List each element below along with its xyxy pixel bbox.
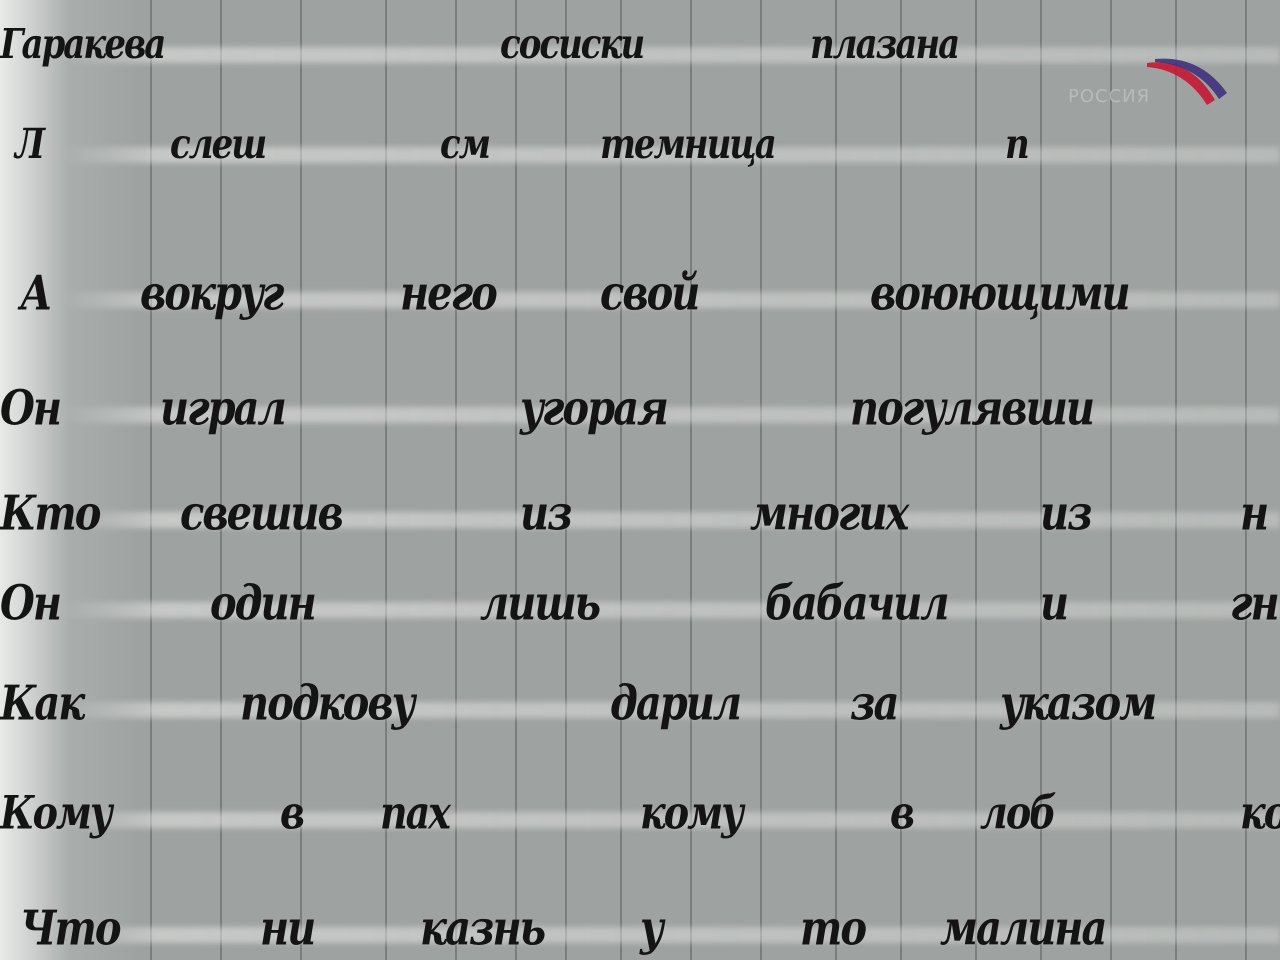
manuscript-line: Гаракевасосискиплазана	[0, 25, 1280, 85]
manuscript-line: Онодинлишьбабачилигн	[0, 580, 1280, 640]
manuscript-line: Какподковударилзауказом	[0, 680, 1280, 740]
handwritten-word: воюющими	[870, 265, 1129, 321]
handwritten-word: Как	[0, 675, 83, 731]
handwritten-word: см	[440, 121, 489, 169]
handwritten-word: ни	[260, 900, 314, 956]
handwritten-word: лоб	[980, 786, 1055, 840]
handwritten-word: гн	[1230, 575, 1278, 631]
broadcaster-logo-text: РОССИЯ	[1068, 86, 1150, 107]
handwritten-word: и	[1040, 575, 1067, 631]
handwritten-word: п	[1005, 121, 1028, 169]
handwritten-word: пах	[380, 786, 449, 840]
handwritten-word: один	[210, 575, 315, 631]
handwritten-word: то	[800, 900, 865, 956]
handwritten-word: в	[280, 786, 303, 840]
manuscript-line: Лслешсмтемницап	[0, 125, 1280, 185]
handwritten-word: указом	[1000, 675, 1155, 731]
manuscript-line: Комувпахкомувлобкому	[0, 790, 1280, 850]
handwritten-word: сосиски	[500, 21, 643, 69]
handwritten-word: у	[640, 900, 662, 956]
handwritten-word: угорая	[520, 380, 667, 436]
handwritten-word: свой	[600, 265, 698, 321]
handwritten-word: казнь	[420, 900, 544, 956]
handwritten-word: него	[400, 265, 496, 321]
handwritten-word: н	[1240, 485, 1267, 541]
handwritten-word: играл	[160, 380, 285, 436]
manuscript-line: Ктосвешивизмногихизн	[0, 490, 1280, 550]
russia-tv-swoosh-icon	[1145, 55, 1235, 110]
handwritten-word: в	[890, 786, 913, 840]
handwritten-word: вокруг	[140, 265, 282, 321]
handwritten-word: свешив	[180, 485, 342, 541]
handwritten-word: из	[1040, 485, 1091, 541]
manuscript-line: Онигралугораяпогулявши	[0, 385, 1280, 445]
handwritten-word: Кто	[0, 485, 99, 541]
handwritten-word: плазана	[810, 21, 958, 69]
handwritten-word: подкову	[240, 675, 414, 731]
handwritten-word: погулявши	[850, 380, 1093, 436]
handwritten-word: бабачил	[765, 575, 948, 631]
handwritten-word: из	[520, 485, 571, 541]
handwritten-word: Он	[0, 380, 60, 436]
handwritten-word: Он	[0, 575, 60, 631]
handwritten-word: лишь	[480, 575, 599, 631]
handwritten-word: Что	[20, 900, 120, 956]
handwritten-word: А	[20, 265, 51, 321]
handwritten-word: темница	[600, 121, 775, 169]
manuscript-line: Авокругнегосвойвоюющими	[0, 270, 1280, 330]
handwritten-word: кому	[640, 786, 742, 840]
handwritten-word: дарил	[610, 675, 740, 731]
handwritten-word: Кому	[0, 786, 111, 840]
handwritten-word: кому	[1240, 786, 1280, 840]
handwritten-word: Гаракева	[0, 21, 164, 69]
handwritten-word: за	[850, 675, 897, 731]
handwritten-word: слеш	[170, 121, 265, 169]
handwritten-word: малина	[940, 900, 1105, 956]
manuscript-line: Чтониказньутомалина	[0, 905, 1280, 960]
handwritten-word: Л	[15, 121, 43, 169]
handwritten-word: многих	[750, 485, 907, 541]
